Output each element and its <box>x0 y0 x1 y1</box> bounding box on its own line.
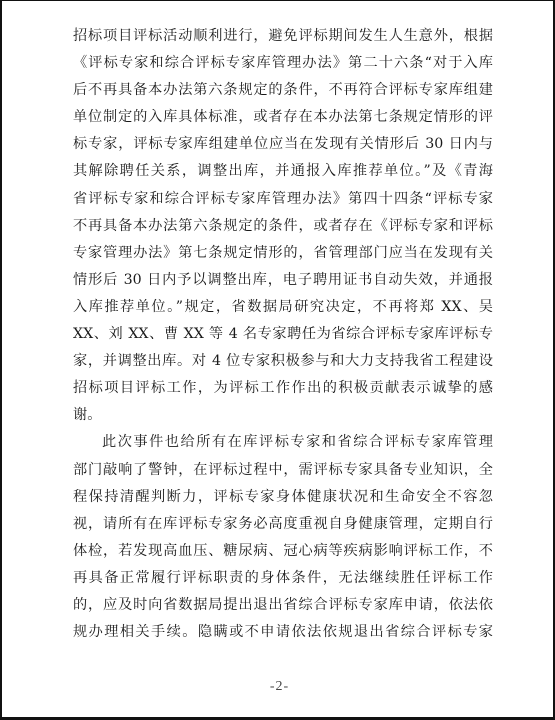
text-line-paragraph-end: 谢。 <box>73 402 493 429</box>
text-line: 入库推荐单位。”规定，省数据局研究决定，不再将郑 XX、吴 <box>73 294 493 321</box>
text-line: 部门敲响了警钟，在评标过程中，需评标专家具备专业知识，全 <box>73 457 493 484</box>
text-line: 单位制定的入库具体标准，或者存在本办法第七条规定情形的评 <box>73 104 493 131</box>
text-line: 招标项目评标工作，为评标工作作出的积极贡献表示诚挚的感 <box>73 375 493 402</box>
document-page: 招标项目评标活动顺利进行，避免评标期间发生人生意外，根据 《评标专家和综合评标专… <box>0 0 555 720</box>
text-line: 再具备正常履行评标职责的身体条件，无法继续胜任评标工作 <box>73 565 493 592</box>
text-line: 情形后 30 日内予以调整出库，电子聘用证书自动失效，并通报 <box>73 267 493 294</box>
text-line: 体检，若发现高血压、糖尿病、冠心病等疾病影响评标工作，不 <box>73 538 493 565</box>
text-line: 不再具备本办法第六条规定的条件，或者存在《评标专家和评标 <box>73 213 493 240</box>
text-line: XX、刘 XX、曹 XX 等 4 名专家聘任为省综合评标专家库评标专 <box>73 321 493 348</box>
document-body: 招标项目评标活动顺利进行，避免评标期间发生人生意外，根据 《评标专家和综合评标专… <box>73 23 493 646</box>
page-number: -2- <box>2 679 555 695</box>
text-line: 家，并调整出库。对 4 位专家积极参与和大力支持我省工程建设 <box>73 348 493 375</box>
text-line: 省评标专家和综合评标专家库管理办法》第四十四条“评标专家 <box>73 186 493 213</box>
text-line: 标专家，评标专家库组建单位应当在发现有关情形后 30 日内与 <box>73 131 493 158</box>
text-line: 其解除聘任关系，调整出库，并通报入库推荐单位。”及《青海 <box>73 158 493 185</box>
text-line: 视，请所有在库评标专家务必高度重视自身健康管理，定期自行 <box>73 511 493 538</box>
text-line: 规办理相关手续。隐瞒或不申请依法依规退出省综合评标专家 <box>73 619 493 646</box>
text-line: 招标项目评标活动顺利进行，避免评标期间发生人生意外，根据 <box>73 23 493 50</box>
text-line: 《评标专家和综合评标专家库管理办法》第二十六条“对于入库 <box>73 50 493 77</box>
text-line-paragraph-start: 此次事件也给所有在库评标专家和省综合评标专家库管理 <box>73 429 493 456</box>
text-line: 专家管理办法》第七条规定情形的，省管理部门应当在发现有关 <box>73 240 493 267</box>
text-line: 后不再具备本办法第六条规定的条件，不再符合评标专家库组建 <box>73 77 493 104</box>
text-line: 的，应及时向省数据局提出退出省综合评标专家库申请，依法依 <box>73 592 493 619</box>
text-line: 程保持清醒判断力，评标专家身体健康状况和生命安全不容忽 <box>73 484 493 511</box>
